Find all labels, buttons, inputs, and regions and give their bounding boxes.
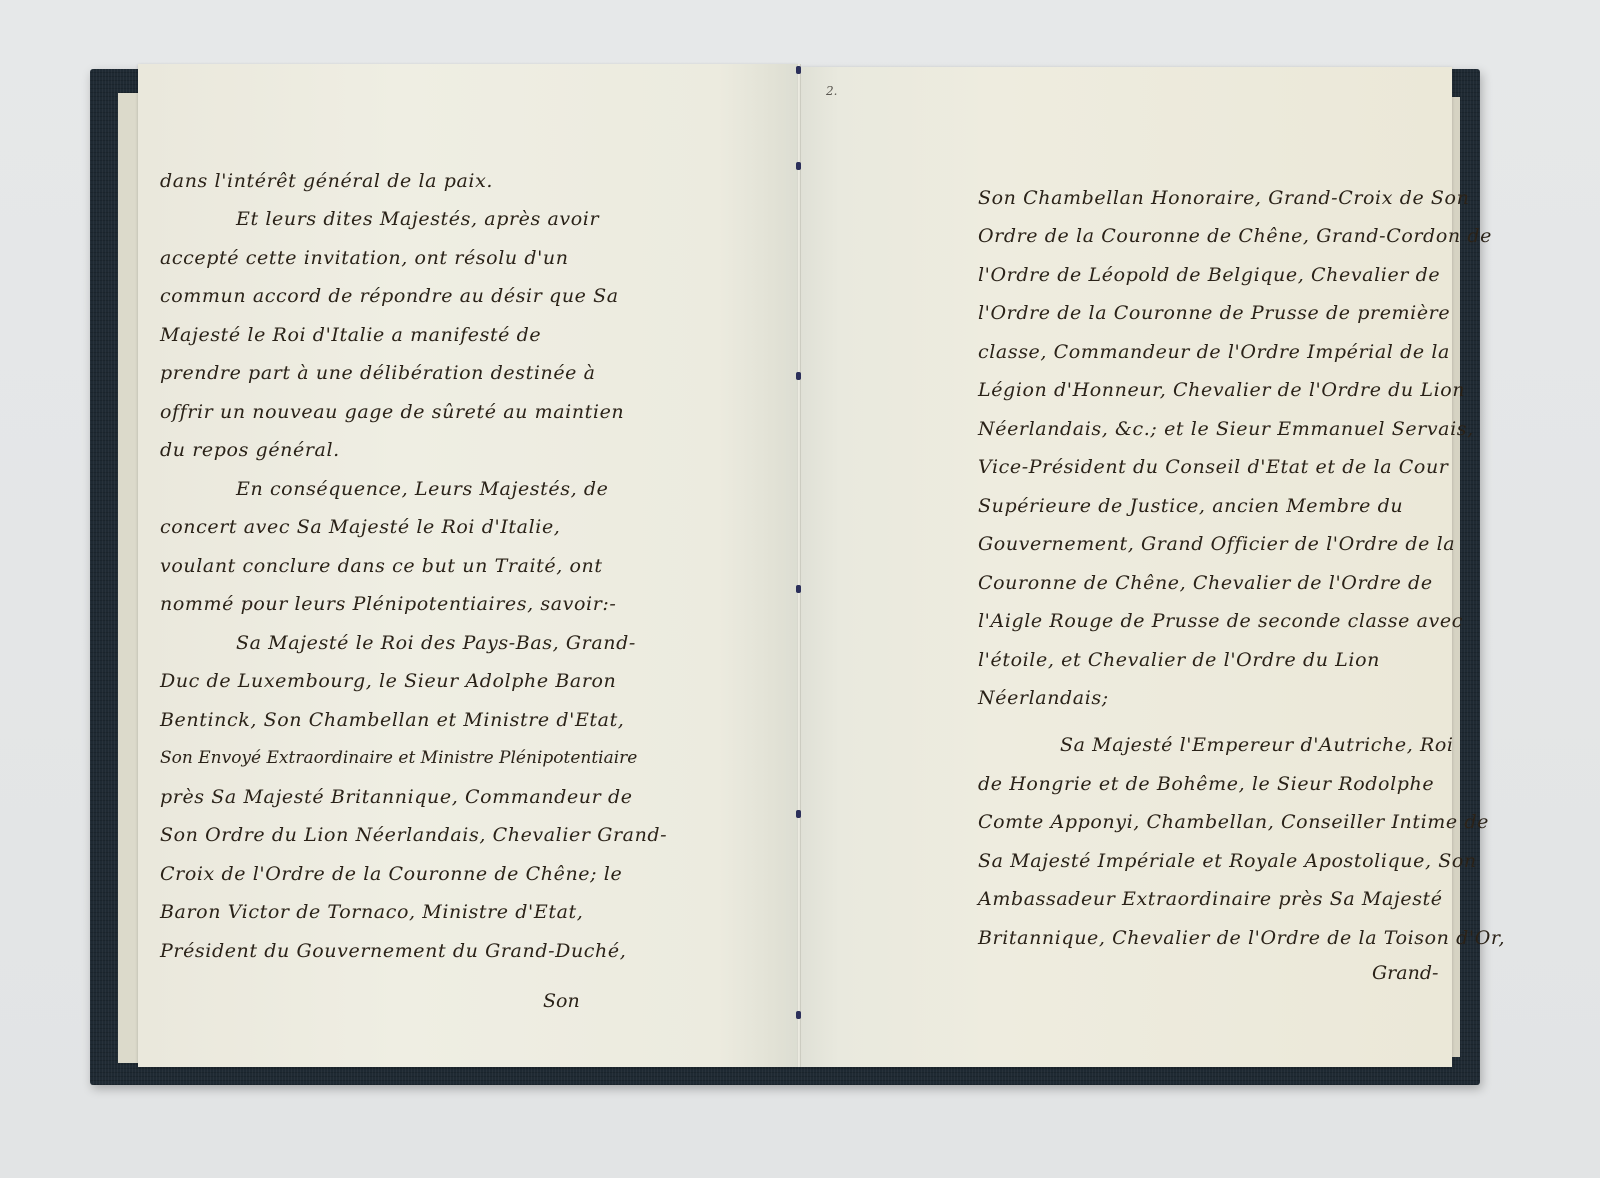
manuscript-line: nommé pour leurs Plénipotentiaires, savo…	[160, 589, 616, 619]
manuscript-line: voulant conclure dans ce but un Traité, …	[160, 551, 603, 581]
manuscript-line: Croix de l'Ordre de la Couronne de Chêne…	[160, 859, 622, 889]
manuscript-line: Couronne de Chêne, Chevalier de l'Ordre …	[978, 568, 1433, 598]
manuscript-line: Comte Apponyi, Chambellan, Conseiller In…	[978, 807, 1489, 837]
manuscript-line: l'Ordre de la Couronne de Prusse de prem…	[978, 298, 1450, 328]
manuscript-line: l'Aigle Rouge de Prusse de seconde class…	[978, 606, 1463, 636]
manuscript-line: Sa Majesté l'Empereur d'Autriche, Roi	[1060, 730, 1454, 760]
manuscript-line: Néerlandais, &c.; et le Sieur Emmanuel S…	[978, 414, 1474, 444]
right-catchword: Grand-	[1372, 962, 1438, 984]
manuscript-line: Et leurs dites Majestés, après avoir	[236, 204, 599, 234]
manuscript-line: classe, Commandeur de l'Ordre Impérial d…	[978, 337, 1450, 367]
scene: dans l'intérêt général de la paix. Et le…	[0, 0, 1600, 1178]
right-page	[800, 67, 1452, 1067]
manuscript-line: Sa Majesté Impériale et Royale Apostoliq…	[978, 846, 1477, 876]
binding-stitch	[796, 66, 801, 74]
manuscript-line: Légion d'Honneur, Chevalier de l'Ordre d…	[978, 375, 1465, 405]
book-gutter	[797, 64, 801, 1067]
manuscript-line: En conséquence, Leurs Majestés, de	[236, 474, 608, 504]
manuscript-line: Ambassadeur Extraordinaire près Sa Majes…	[978, 884, 1443, 914]
manuscript-line: dans l'intérêt général de la paix.	[160, 166, 493, 196]
binding-stitch	[796, 162, 801, 170]
manuscript-line: l'étoile, et Chevalier de l'Ordre du Lio…	[978, 645, 1380, 675]
binding-stitch	[796, 810, 801, 818]
left-catchword: Son	[543, 990, 580, 1012]
manuscript-line: Ordre de la Couronne de Chêne, Grand-Cor…	[978, 221, 1492, 251]
manuscript-line: Son Chambellan Honoraire, Grand-Croix de…	[978, 183, 1469, 213]
manuscript-line: Britannique, Chevalier de l'Ordre de la …	[978, 923, 1505, 953]
binding-stitch	[796, 372, 801, 380]
manuscript-line: Sa Majesté le Roi des Pays-Bas, Grand-	[236, 628, 636, 658]
manuscript-line: Son Envoyé Extraordinaire et Ministre Pl…	[160, 743, 637, 773]
manuscript-line: commun accord de répondre au désir que S…	[160, 281, 619, 311]
manuscript-line: Baron Victor de Tornaco, Ministre d'Etat…	[160, 897, 583, 927]
binding-stitch	[796, 1011, 801, 1019]
manuscript-line: Vice-Président du Conseil d'Etat et de l…	[978, 452, 1448, 482]
manuscript-line: concert avec Sa Majesté le Roi d'Italie,	[160, 512, 560, 542]
binding-stitch	[796, 585, 801, 593]
manuscript-line: Bentinck, Son Chambellan et Ministre d'E…	[160, 705, 624, 735]
manuscript-line: accepté cette invitation, ont résolu d'u…	[160, 243, 569, 273]
manuscript-line: du repos général.	[160, 435, 340, 465]
page-number: 2.	[826, 84, 837, 98]
manuscript-line: de Hongrie et de Bohême, le Sieur Rodolp…	[978, 769, 1434, 799]
manuscript-line: prendre part à une délibération destinée…	[160, 358, 596, 388]
manuscript-line: Supérieure de Justice, ancien Membre du	[978, 491, 1403, 521]
manuscript-line: offrir un nouveau gage de sûreté au main…	[160, 397, 624, 427]
manuscript-line: Néerlandais;	[978, 683, 1109, 713]
manuscript-line: l'Ordre de Léopold de Belgique, Chevalie…	[978, 260, 1440, 290]
manuscript-line: Gouvernement, Grand Officier de l'Ordre …	[978, 529, 1455, 559]
manuscript-line: Son Ordre du Lion Néerlandais, Chevalier…	[160, 820, 667, 850]
manuscript-line: Majesté le Roi d'Italie a manifesté de	[160, 320, 541, 350]
manuscript-line: près Sa Majesté Britannique, Commandeur …	[160, 782, 633, 812]
manuscript-line: Duc de Luxembourg, le Sieur Adolphe Baro…	[160, 666, 616, 696]
manuscript-line: Président du Gouvernement du Grand-Duché…	[160, 936, 626, 966]
